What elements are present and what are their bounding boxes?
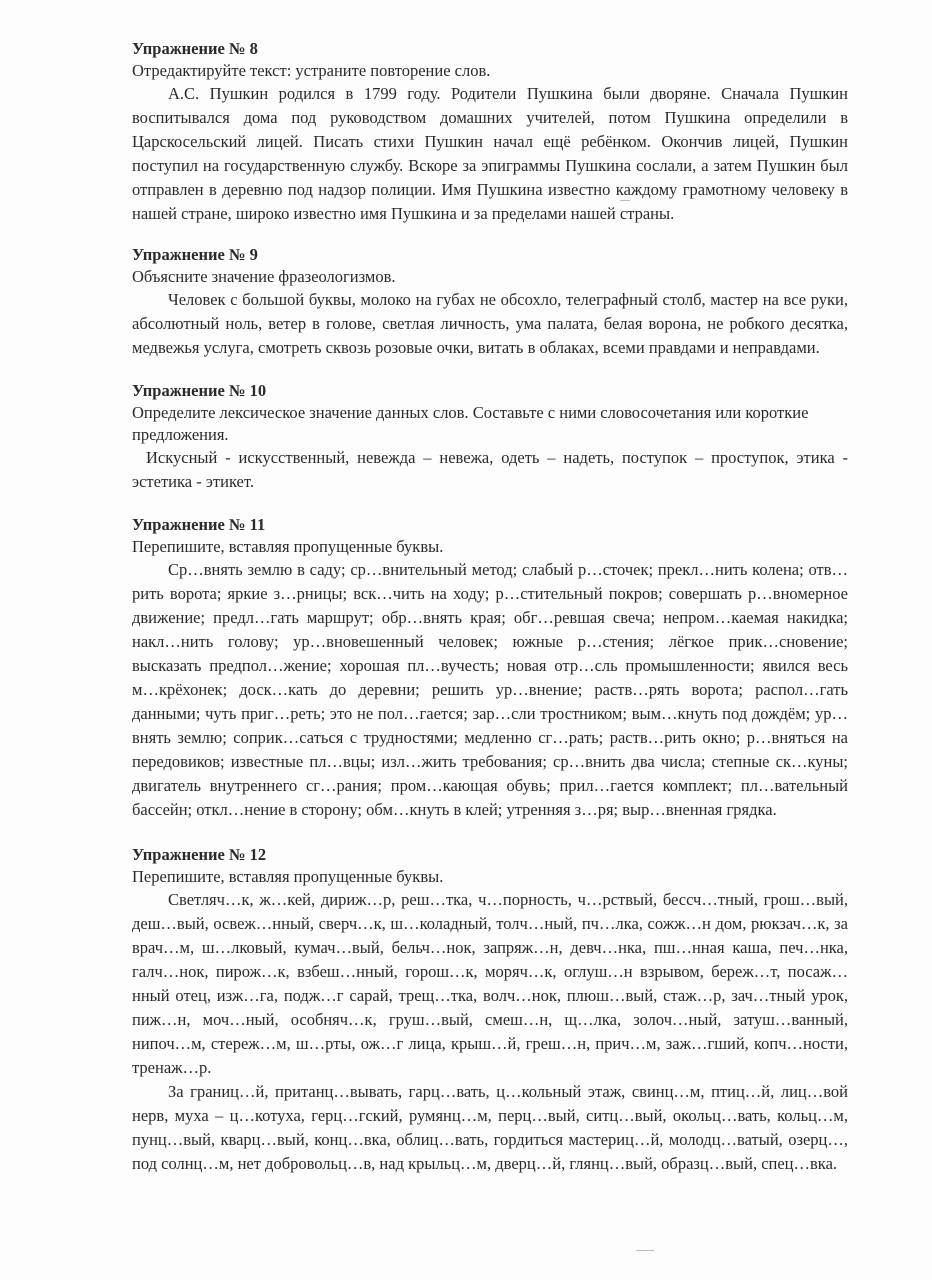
exercise-title: Упражнение № 10	[132, 380, 848, 402]
exercise-9: Упражнение № 9 Объясните значение фразео…	[132, 244, 848, 360]
exercise-instruction: Отредактируйте текст: устраните повторен…	[132, 60, 848, 82]
exercise-12: Упражнение № 12 Перепишите, вставляя про…	[132, 844, 848, 1176]
scan-speck	[636, 1250, 654, 1251]
exercise-instruction: Определите лексическое значение данных с…	[132, 402, 848, 446]
exercise-instruction: Перепишите, вставляя пропущенные буквы.	[132, 536, 848, 558]
exercise-title: Упражнение № 8	[132, 38, 848, 60]
exercise-text: Светляч…к, ж…кей, дириж…р, реш…тка, ч…по…	[132, 888, 848, 1080]
exercise-instruction: Объясните значение фразеологизмов.	[132, 266, 848, 288]
exercise-text: Человек с большой буквы, молоко на губах…	[132, 288, 848, 360]
exercise-text: Искусный - искусственный, невежда – неве…	[132, 446, 848, 494]
exercise-8: Упражнение № 8 Отредактируйте текст: уст…	[132, 38, 848, 226]
exercise-text: Ср…внять землю в саду; ср…внительный мет…	[132, 558, 848, 822]
exercise-text: А.С. Пушкин родился в 1799 году. Родител…	[132, 82, 848, 226]
exercise-title: Упражнение № 9	[132, 244, 848, 266]
scan-speck	[620, 200, 630, 201]
exercise-11: Упражнение № 11 Перепишите, вставляя про…	[132, 514, 848, 822]
exercise-text: За границ…й, пританц…вывать, гарц…вать, …	[132, 1080, 848, 1176]
exercise-title: Упражнение № 11	[132, 514, 848, 536]
exercise-10: Упражнение № 10 Определите лексическое з…	[132, 380, 848, 494]
exercise-title: Упражнение № 12	[132, 844, 848, 866]
document-page: Упражнение № 8 Отредактируйте текст: уст…	[132, 38, 848, 1196]
exercise-instruction: Перепишите, вставляя пропущенные буквы.	[132, 866, 848, 888]
